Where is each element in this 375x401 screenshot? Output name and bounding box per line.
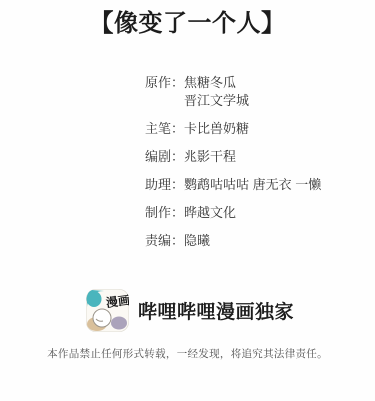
credit-value: 焦糖冬瓜 (184, 75, 236, 90)
credit-value: 卡比兽奶糖 (184, 120, 249, 138)
credit-value: 鹦鹉咕咕咕 唐无衣 一懒 (184, 176, 321, 194)
credit-row: 责编： 隐曦 (145, 232, 321, 250)
credit-row: 助理： 鹦鹉咕咕咕 唐无衣 一懒 (145, 176, 321, 194)
credit-label: 主笔： (145, 120, 184, 138)
comic-credits-page: 【像变了一个人】 原作： 焦糖冬瓜 晋江文学城 主笔： 卡比兽奶糖 编剧： 兆影… (0, 0, 375, 401)
credit-row: 制作： 晔越文化 (145, 204, 321, 222)
credit-value-group: 焦糖冬瓜 晋江文学城 (184, 74, 249, 110)
credit-value: 隐曦 (184, 232, 210, 250)
page-title: 【像变了一个人】 (0, 3, 375, 38)
credit-label: 责编： (145, 232, 184, 250)
credit-value: 晔越文化 (184, 204, 236, 222)
bilibili-manga-logo-icon: 漫画 (86, 289, 129, 332)
credit-row: 主笔： 卡比兽奶糖 (145, 120, 321, 138)
credits-block: 原作： 焦糖冬瓜 晋江文学城 主笔： 卡比兽奶糖 编剧： 兆影干程 助理： 鹦鹉… (145, 74, 321, 260)
credit-label: 助理： (145, 176, 184, 194)
publisher-name: 哔哩哔哩漫画独家 (138, 297, 294, 324)
credit-value: 兆影干程 (184, 148, 236, 166)
disclaimer-text: 本作品禁止任何形式转载，一经发现，将追究其法律责任。 (0, 346, 375, 361)
credit-row: 编剧： 兆影干程 (145, 148, 321, 166)
credit-label: 制作： (145, 204, 184, 222)
credit-label: 原作： (145, 74, 184, 110)
logo-manga-glyph: 漫画 (105, 292, 129, 310)
publisher-row: 漫画 哔哩哔哩漫画独家 (86, 289, 294, 332)
credit-row: 原作： 焦糖冬瓜 晋江文学城 (145, 74, 321, 110)
credit-label: 编剧： (145, 148, 184, 166)
credit-value-secondary: 晋江文学城 (184, 92, 249, 110)
